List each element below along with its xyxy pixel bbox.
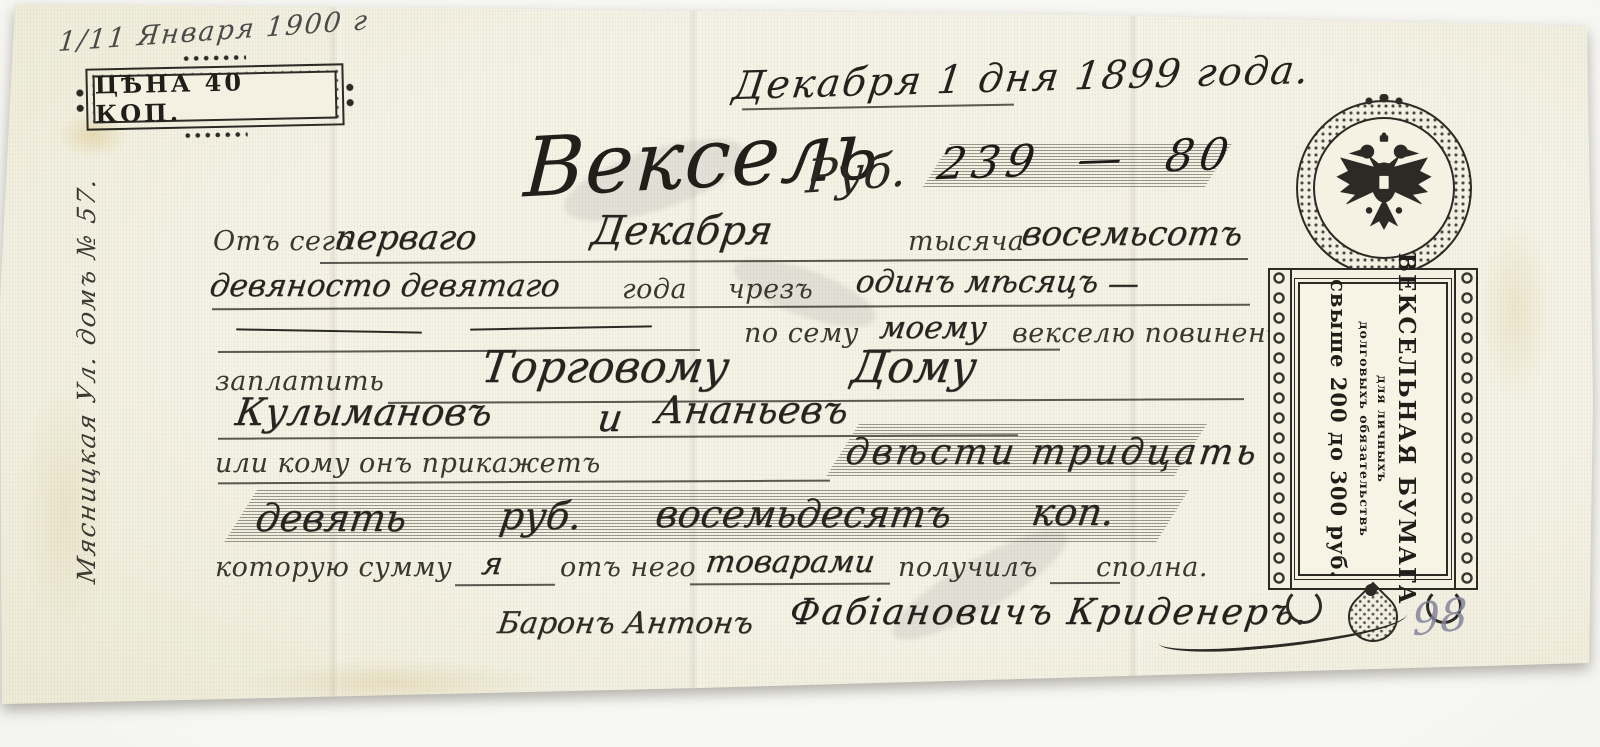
ruled-line <box>218 480 830 485</box>
form-text-kotoruyu: которую сумму <box>215 552 452 583</box>
written-dash: — <box>1105 266 1181 302</box>
written-payee-and: и <box>595 396 626 440</box>
written-moemu: моему <box>877 310 988 346</box>
stamp-bottom-ornament <box>184 130 248 140</box>
form-text-po-semu: по сему <box>744 318 859 349</box>
written-sum-words-3: восемьдесятъ <box>653 492 955 536</box>
paper-sheet-wrap: 1/11 Января 1900 г ЦѢНА 40 КОП. Мясницка… <box>0 0 1600 747</box>
stamp-right-ornament <box>340 77 361 111</box>
written-ya: я <box>479 546 505 582</box>
written-torgovomu: Торговому <box>478 342 732 393</box>
amount-figures: 239 — 80 <box>934 129 1239 191</box>
pencil-filing-date: 1/11 Января 1900 г <box>57 5 371 58</box>
banner-subtitle-2: долговыхъ обязательствъ <box>1357 321 1372 537</box>
banner-frame: ВЕКСЕЛЬНАЯ БУМАГА для личныхъ долговыхъ … <box>1268 268 1478 590</box>
margin-address-note: Мясницкая Ул. домъ № 57. <box>72 120 112 640</box>
form-text-ot-sego: Отъ сего <box>213 226 352 257</box>
stamp-price-label: ЦѢНА 40 КОП. <box>94 65 335 128</box>
written-day-word: перваго <box>332 218 479 258</box>
ruled-line <box>455 584 555 586</box>
price-stamp: ЦѢНА 40 КОП. <box>85 63 344 130</box>
issue-date-line: Декабря 1 дня 1899 года. <box>730 48 1313 109</box>
ruled-line <box>690 583 890 586</box>
handwritten-dash-stroke <box>470 325 652 330</box>
form-text-chrez: чрезъ <box>728 274 813 305</box>
written-year-words: девяносто девятаго <box>207 268 562 304</box>
form-text-goda: года <box>622 274 687 305</box>
margin-address-text: Мясницкая Ул. домъ № 57. <box>72 174 101 585</box>
written-payee-name-1: Кулымановъ <box>233 390 495 434</box>
medallion-panel <box>1313 117 1455 259</box>
form-text-ot-nego: отъ него <box>560 552 696 583</box>
written-tovarami: товарами <box>703 544 877 580</box>
form-text-poluchil: получилъ <box>898 552 1038 583</box>
age-stain <box>240 660 540 704</box>
imperial-double-eagle-icon <box>1328 132 1440 244</box>
form-text-spolna: сполна. <box>1096 552 1208 583</box>
banner-title: ВЕКСЕЛЬНАЯ БУМАГА <box>1393 253 1420 606</box>
form-text-ili-komu: или кому онъ прикажетъ <box>215 448 601 479</box>
finial-left-curl <box>1286 588 1322 624</box>
banner-rotated-text: ВЕКСЕЛЬНАЯ БУМАГА для личныхъ долговыхъ … <box>1300 289 1446 569</box>
veksel-paper-banner: ВЕКСЕЛЬНАЯ БУМАГА для личныхъ долговыхъ … <box>1264 92 1478 667</box>
signature-part-1: Баронъ Антонъ <box>496 606 756 641</box>
form-text-thousand: тысяча <box>908 226 1024 257</box>
banner-subtitle-1: для личныхъ <box>1375 375 1390 483</box>
written-sum-words-1: двѣсти тридцать <box>843 432 1262 473</box>
written-kop-label: коп. <box>1029 490 1117 534</box>
scanned-promissory-note: { "colors": {"paper":"#f3f1e2","ink":"#2… <box>0 0 1600 747</box>
ruled-line <box>1050 582 1120 584</box>
written-month: Декабря <box>589 208 776 254</box>
medallion-crown-ornament <box>1361 94 1407 108</box>
written-term: одинъ мѣсяцъ <box>853 264 1101 300</box>
eagle-medallion <box>1296 100 1472 276</box>
written-rub-label: руб. <box>497 494 585 538</box>
stamp-top-ornament <box>182 53 246 63</box>
written-payee-name-2: Ананьевъ <box>653 388 851 432</box>
written-hundred: восемьсотъ <box>1019 214 1245 254</box>
pencil-archive-number: 98 <box>1412 588 1468 646</box>
age-stain <box>1480 220 1550 400</box>
written-sum-words-2: девять <box>253 496 410 540</box>
banner-denomination-range: свыше 200 до 300 руб. <box>1326 279 1351 579</box>
currency-label: Руб. <box>804 142 908 203</box>
written-domu: Дому <box>848 342 979 393</box>
paper-sheet: 1/11 Января 1900 г ЦѢНА 40 КОП. Мясницка… <box>0 0 1600 747</box>
stamp-left-ornament <box>70 83 91 117</box>
stamp-panel: ЦѢНА 40 КОП. <box>93 70 338 123</box>
banner-panel: ВЕКСЕЛЬНАЯ БУМАГА для личныхъ долговыхъ … <box>1298 282 1448 576</box>
